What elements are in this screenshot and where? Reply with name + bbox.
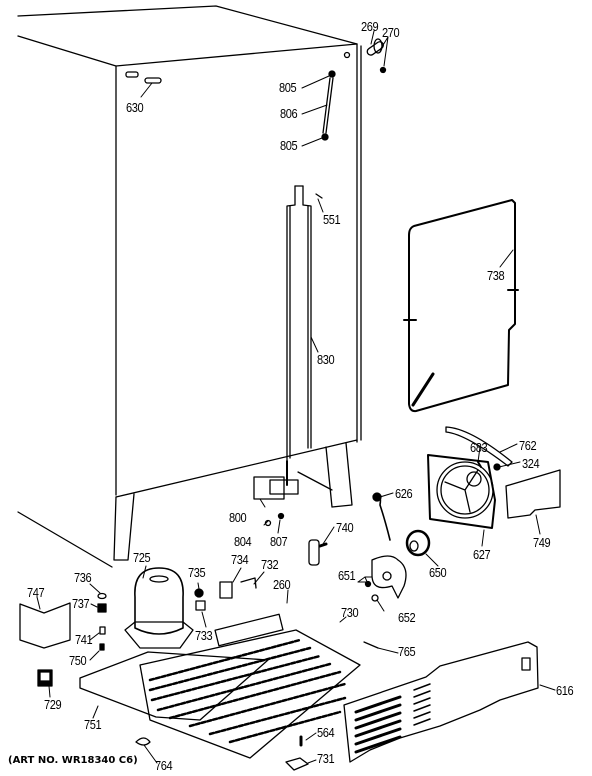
part-label-751[interactable]: 751 [84, 718, 101, 731]
part-label-800[interactable]: 800 [229, 511, 246, 524]
heater-loop-738 [404, 200, 518, 411]
part-label-741[interactable]: 741 [75, 633, 92, 646]
part-label-651[interactable]: 651 [338, 569, 355, 582]
part-label-733[interactable]: 733 [195, 629, 212, 642]
part-label-805-upper[interactable]: 805 [279, 81, 296, 94]
part-label-730[interactable]: 730 [341, 606, 358, 619]
part-label-804[interactable]: 804 [234, 535, 251, 548]
part-label-732[interactable]: 732 [261, 558, 278, 571]
part-label-750[interactable]: 750 [69, 654, 86, 667]
water-valve-800 [254, 461, 326, 565]
part-label-747[interactable]: 747 [27, 586, 44, 599]
part-label-725[interactable]: 725 [133, 551, 150, 564]
part-label-762[interactable]: 762 [519, 439, 536, 452]
part-label-806[interactable]: 806 [280, 107, 297, 120]
part-label-735[interactable]: 735 [188, 566, 205, 579]
part-label-270[interactable]: 270 [382, 26, 399, 39]
part-label-737[interactable]: 737 [72, 597, 89, 610]
fan-assembly [366, 427, 561, 601]
parts-diagram: 269 270 630 805 806 805 551 830 738 762 … [0, 0, 592, 776]
small-parts-left [20, 594, 106, 687]
part-label-731[interactable]: 731 [317, 752, 334, 765]
part-label-740[interactable]: 740 [336, 521, 353, 534]
art-number: (ART NO. WR18340 C6) [8, 755, 138, 766]
part-label-269[interactable]: 269 [361, 20, 378, 33]
part-label-805-lower[interactable]: 805 [280, 139, 297, 152]
part-label-764[interactable]: 764 [155, 759, 172, 772]
part-label-627[interactable]: 627 [473, 548, 490, 561]
part-label-729[interactable]: 729 [44, 698, 61, 711]
part-label-564[interactable]: 564 [317, 726, 334, 739]
part-label-734[interactable]: 734 [231, 553, 248, 566]
cabinet [18, 6, 386, 567]
part-label-738[interactable]: 738 [487, 269, 504, 282]
part-label-830[interactable]: 830 [317, 353, 334, 366]
part-label-652[interactable]: 652 [398, 611, 415, 624]
part-label-616[interactable]: 616 [556, 684, 573, 697]
part-label-765[interactable]: 765 [398, 645, 415, 658]
part-label-749[interactable]: 749 [533, 536, 550, 549]
part-label-736[interactable]: 736 [74, 571, 91, 584]
part-label-650[interactable]: 650 [429, 566, 446, 579]
part-label-807[interactable]: 807 [270, 535, 287, 548]
part-label-630[interactable]: 630 [126, 101, 143, 114]
part-label-324[interactable]: 324 [522, 457, 539, 470]
part-label-260[interactable]: 260 [273, 578, 290, 591]
compressor-725 [125, 568, 256, 648]
access-grille-616 [136, 642, 538, 770]
part-label-626[interactable]: 626 [395, 487, 412, 500]
part-label-551[interactable]: 551 [323, 213, 340, 226]
part-label-683[interactable]: 683 [470, 441, 487, 454]
